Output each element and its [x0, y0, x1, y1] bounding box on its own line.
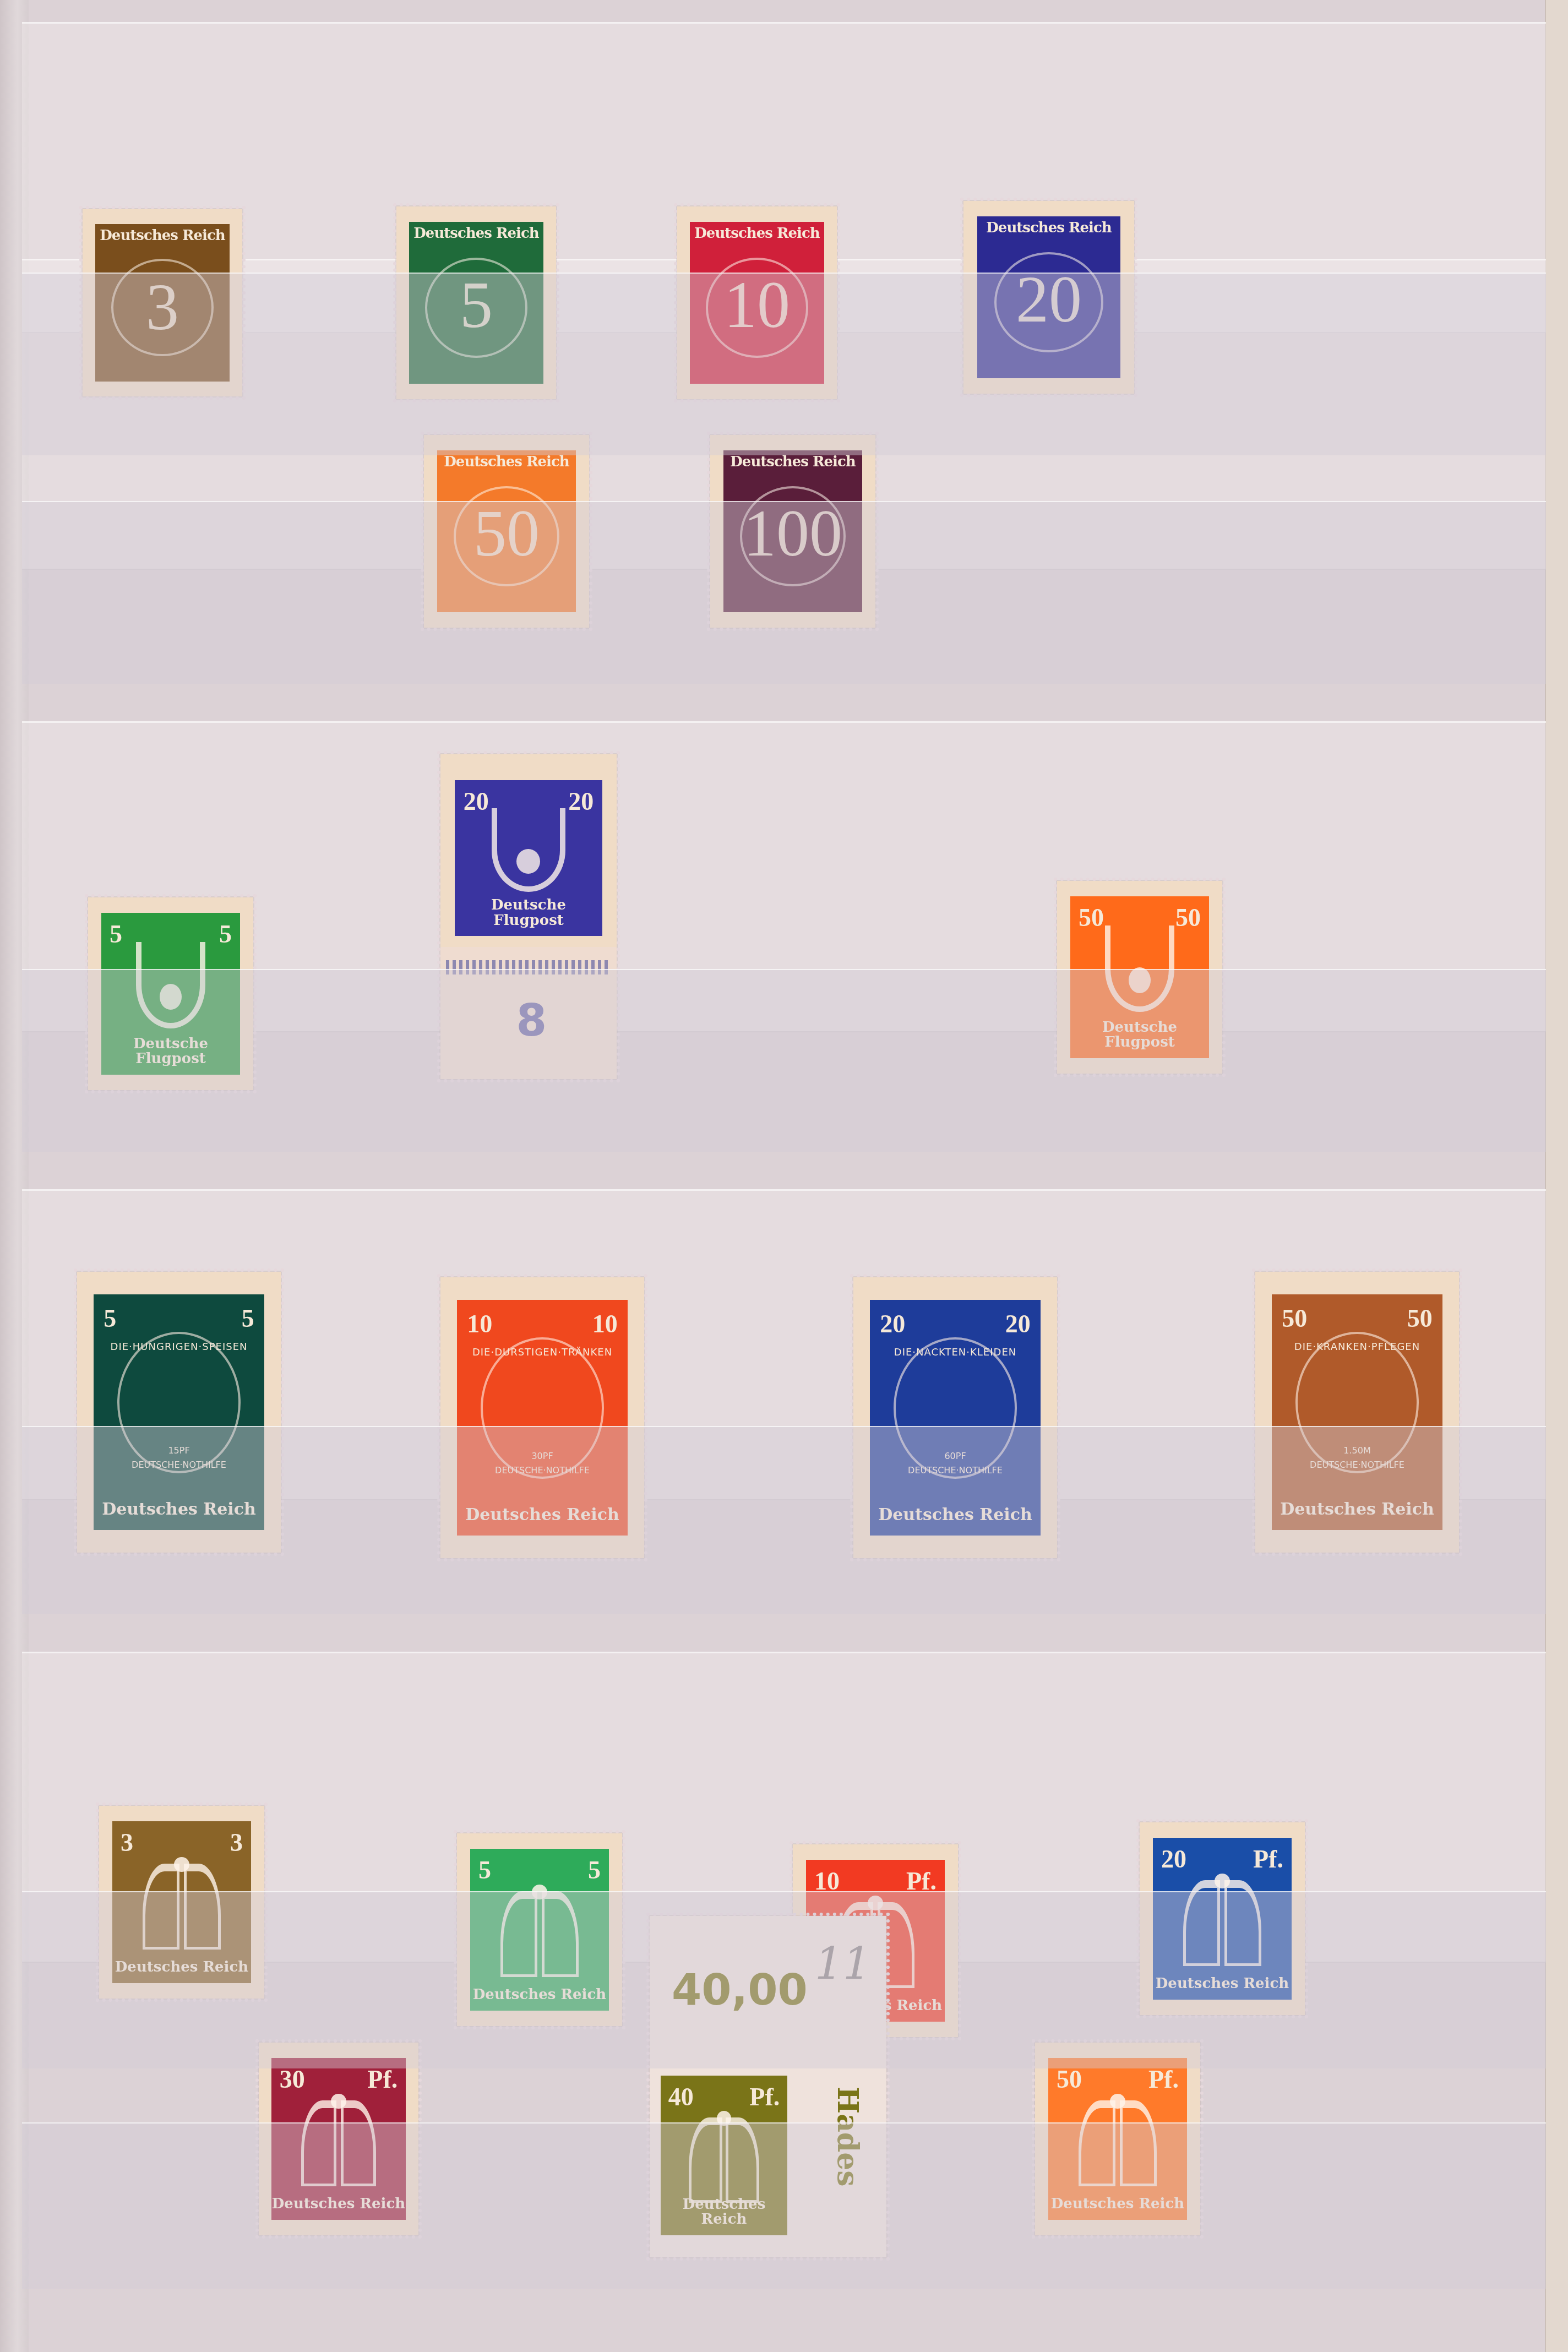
eagle-head	[174, 1857, 189, 1872]
denomination-right: 5	[242, 1304, 254, 1333]
corner-values: 5050	[1282, 1304, 1433, 1333]
stamp-footer: Deutsches Reich	[271, 2197, 406, 2212]
denomination-unit: 3	[230, 1828, 243, 1857]
denomination-left: 50	[1079, 903, 1104, 932]
corner-values: 20Pf.	[1161, 1844, 1283, 1874]
eagle-wing	[1183, 1880, 1219, 1967]
page-edge	[1545, 0, 1568, 2352]
medallion-subtitle: DEUTSCHE·NOTHILFE	[1272, 1460, 1443, 1470]
eagle-icon	[1183, 1874, 1261, 1958]
corner-values: 30Pf.	[280, 2065, 398, 2094]
medallion-subtitle: DEUTSCHE·NOTHILFE	[457, 1465, 628, 1476]
eagle-wing	[1120, 2100, 1156, 2187]
denomination-unit: Pf.	[1253, 1844, 1283, 1874]
eagle-head	[1110, 2094, 1125, 2109]
stamp[interactable]: 55Deutsche Flugpost	[88, 897, 253, 1090]
stamp-header-text: Deutsches Reich	[413, 222, 538, 245]
stamp-footer: Deutsches Reich	[94, 1501, 265, 1518]
denomination: 3	[146, 269, 179, 345]
denomination: 50	[473, 496, 540, 571]
stamp-footer: Deutsches Reich	[1272, 1501, 1443, 1518]
dove-body-icon	[516, 849, 540, 874]
corner-values: 10Pf.	[814, 1866, 937, 1896]
stamp-design: Deutsches Reich3	[95, 224, 230, 382]
stamp[interactable]: Deutsches Reich50	[424, 435, 589, 628]
stamp-caption: Deutsche Flugpost	[455, 898, 603, 928]
stamp-design: 33Deutsches Reich	[112, 1821, 251, 1983]
denomination-left: 20	[464, 787, 489, 816]
stamp-header-text: Deutsches Reich	[444, 450, 569, 473]
pencil-annotation: 11	[815, 1938, 871, 1989]
stamp-design: 40Pf.Deutsches Reich	[661, 2076, 787, 2235]
medallion-legend: DIE·KRANKEN·PFLEGEN	[1272, 1341, 1443, 1353]
stamp-caption: Deutsche Flugpost	[1070, 1020, 1209, 1050]
surcharge-text: 30PF	[457, 1451, 628, 1461]
denomination-unit: 5	[588, 1855, 601, 1885]
stamp[interactable]: 33Deutsches Reich	[99, 1806, 264, 1999]
eagle-head	[717, 2111, 731, 2126]
denomination: 3	[121, 1828, 133, 1857]
corner-values: 1010	[467, 1309, 618, 1338]
stamp[interactable]: Deutsches Reich20	[963, 201, 1134, 394]
corner-values: 2020	[880, 1309, 1031, 1338]
stamp[interactable]: 2020DIE·NACKTEN·KLEIDEN60PFDEUTSCHE·NOTH…	[853, 1277, 1057, 1558]
margin-imprint: Hades	[831, 2087, 864, 2187]
surcharge-text: 1.50M	[1272, 1445, 1443, 1456]
denomination-right: 50	[1175, 903, 1201, 932]
eagle-head	[532, 1885, 547, 1900]
corner-values: 40Pf.	[668, 2082, 780, 2111]
stamp-design: 55DIE·HUNGRIGEN·SPEISEN15PFDEUTSCHE·NOTH…	[94, 1294, 265, 1530]
medallion-legend: DIE·HUNGRIGEN·SPEISEN	[94, 1341, 265, 1353]
stamp-design: Deutsches Reich100	[723, 450, 862, 612]
stamp[interactable]: 40Pf.Deutsches Reich40,0011Hades	[650, 1916, 886, 2257]
stamp-footer: Deutsches Reich	[470, 1988, 609, 2002]
eagle-wing	[301, 2100, 337, 2187]
stamp-design: Deutsches Reich50	[437, 450, 576, 612]
denomination-right: 50	[1407, 1304, 1433, 1333]
eagle-wing	[1079, 2100, 1115, 2187]
stockbook-page: Deutsches Reich3Deutsches Reich5Deutsche…	[0, 0, 1568, 2352]
stamp-design: 1010DIE·DURSTIGEN·TRÄNKEN30PFDEUTSCHE·NO…	[457, 1300, 628, 1536]
stamp-footer: Deutsches Reich	[1153, 1977, 1292, 1991]
denomination: 40	[668, 2082, 694, 2111]
eagle-icon	[143, 1857, 220, 1941]
stamp[interactable]: 55Deutsches Reich	[457, 1833, 622, 2026]
denomination-left: 5	[104, 1304, 116, 1333]
stamp[interactable]: 55DIE·HUNGRIGEN·SPEISEN15PFDEUTSCHE·NOTH…	[77, 1272, 281, 1553]
margin-price: 40,00	[672, 1966, 808, 2015]
medallion-subtitle: DEUTSCHE·NOTHILFE	[94, 1460, 265, 1470]
eagle-icon	[689, 2111, 760, 2194]
stamp[interactable]: Deutsches Reich3	[83, 209, 242, 396]
stamp-footer: Deutsches Reich	[661, 2197, 787, 2228]
corner-values: 50Pf.	[1057, 2065, 1179, 2094]
medallion-legend: DIE·NACKTEN·KLEIDEN	[870, 1347, 1041, 1358]
stamp-design: Deutsches Reich20	[977, 216, 1120, 378]
stamp-footer: Deutsches Reich	[112, 1960, 251, 1975]
denomination: 5	[478, 1855, 491, 1885]
denomination: 5	[460, 267, 493, 343]
stamp[interactable]: 2020Deutsche Flugpost8	[440, 754, 617, 1079]
stamp-design: 2020DIE·NACKTEN·KLEIDEN60PFDEUTSCHE·NOTH…	[870, 1300, 1041, 1536]
denomination: 20	[1016, 262, 1082, 337]
denomination-left: 50	[1282, 1304, 1307, 1333]
denomination-right: 20	[1005, 1309, 1031, 1338]
eagle-wing	[341, 2100, 377, 2187]
stamp-design: 2020Deutsche Flugpost	[455, 780, 603, 936]
perforation-combs	[446, 960, 611, 974]
eagle-wing	[1224, 1880, 1261, 1967]
corner-values: 55	[104, 1304, 254, 1333]
eagle-wing	[500, 1891, 537, 1978]
eagle-wing	[184, 1864, 220, 1950]
stamp-footer: Deutsches Reich	[870, 1506, 1041, 1524]
stamp-design: Deutsches Reich10	[690, 222, 824, 384]
denomination: 100	[743, 496, 842, 571]
stamp-design: 5050Deutsche Flugpost	[1070, 896, 1209, 1058]
eagle-wing	[143, 1864, 179, 1950]
denomination-left: 20	[880, 1309, 905, 1338]
stamp-caption: Deutsche Flugpost	[101, 1037, 240, 1067]
stamp[interactable]: 5050DIE·KRANKEN·PFLEGEN1.50MDEUTSCHE·NOT…	[1255, 1272, 1459, 1553]
denomination: 30	[280, 2065, 305, 2094]
surcharge-text: 60PF	[870, 1451, 1041, 1461]
eagle-head	[1215, 1874, 1230, 1889]
stamp-design: 55Deutsche Flugpost	[101, 913, 240, 1075]
stamp-header-text: Deutsches Reich	[730, 450, 855, 473]
plate-number: 8	[516, 995, 547, 1046]
denomination-right: 5	[219, 919, 232, 949]
surcharge-text: 15PF	[94, 1445, 265, 1456]
eagle-wing	[689, 2117, 723, 2203]
corner-values: 33	[121, 1828, 243, 1857]
denomination: 10	[724, 267, 790, 343]
eagle-wing	[726, 2117, 760, 2203]
stamp[interactable]: 1010DIE·DURSTIGEN·TRÄNKEN30PFDEUTSCHE·NO…	[440, 1277, 644, 1558]
stamp[interactable]: 20Pf.Deutsches Reich	[1140, 1822, 1305, 2015]
stamp-header-text: Deutsches Reich	[986, 216, 1111, 239]
stamp-design: Deutsches Reich5	[409, 222, 543, 384]
stamp[interactable]: Deutsches Reich5	[396, 206, 556, 399]
medallion-legend: DIE·DURSTIGEN·TRÄNKEN	[457, 1347, 628, 1358]
medallion-subtitle: DEUTSCHE·NOTHILFE	[870, 1465, 1041, 1476]
denomination-right: 10	[592, 1309, 618, 1338]
stamp[interactable]: 5050Deutsche Flugpost	[1057, 881, 1222, 1074]
eagle-wing	[542, 1891, 578, 1978]
eagle-icon	[1079, 2094, 1156, 2178]
denomination-unit: Pf.	[906, 1866, 937, 1896]
denomination-right: 20	[568, 787, 594, 816]
stamp-header-text: Deutsches Reich	[100, 224, 225, 247]
stamp[interactable]: Deutsches Reich10	[677, 206, 837, 399]
stamp-design: 30Pf.Deutsches Reich	[271, 2058, 406, 2220]
stamp-design: 55Deutsches Reich	[470, 1849, 609, 2011]
denomination-unit: Pf.	[749, 2082, 780, 2111]
stamp-footer: Deutsches Reich	[457, 1506, 628, 1524]
denomination: 10	[814, 1866, 840, 1896]
denomination-left: 5	[110, 919, 122, 949]
stamp-header-text: Deutsches Reich	[694, 222, 819, 245]
stamp-design: 50Pf.Deutsches Reich	[1048, 2058, 1187, 2220]
stamp-design: 5050DIE·KRANKEN·PFLEGEN1.50MDEUTSCHE·NOT…	[1272, 1294, 1443, 1530]
denomination-unit: Pf.	[367, 2065, 398, 2094]
stamp[interactable]: 50Pf.Deutsches Reich	[1035, 2043, 1200, 2235]
corner-values: 55	[478, 1855, 601, 1885]
stamp[interactable]: Deutsches Reich100	[710, 435, 875, 628]
denomination: 20	[1161, 1844, 1186, 1874]
eagle-icon	[301, 2094, 376, 2178]
denomination-unit: Pf.	[1148, 2065, 1179, 2094]
denomination: 50	[1057, 2065, 1082, 2094]
eagle-icon	[500, 1885, 578, 1969]
stamp[interactable]: 30Pf.Deutsches Reich	[259, 2043, 418, 2235]
stamp-design: 20Pf.Deutsches Reich	[1153, 1838, 1292, 2000]
eagle-head	[331, 2094, 346, 2109]
denomination-left: 10	[467, 1309, 492, 1338]
eagle-head	[868, 1896, 883, 1911]
stamp-footer: Deutsches Reich	[1048, 2197, 1187, 2212]
